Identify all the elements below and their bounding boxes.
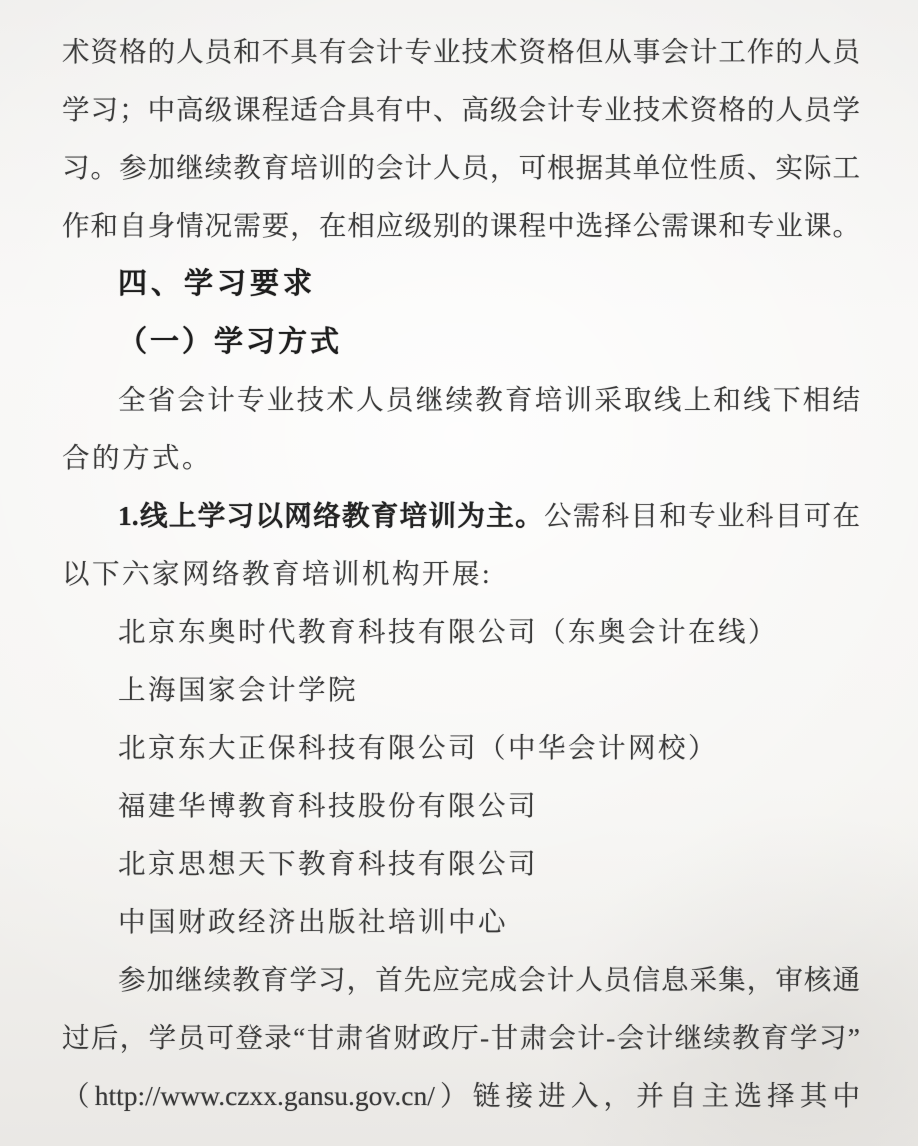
document-page: 术资格的人员和不具有会计专业技术资格但从事会计工作的人员 学习；中高级课程适合具… — [0, 0, 918, 1146]
body-line: 过后，学员可登录“甘肃省财政厅-甘肃会计-会计继续教育学习” — [62, 1009, 860, 1067]
body-text: 公需科目和专业科目可在 — [544, 500, 860, 531]
section-heading: 四、学习要求 — [62, 255, 860, 313]
body-line: 以下六家网络教育培训机构开展: — [62, 545, 860, 603]
org-list-item: 北京东奥时代教育科技有限公司（东奥会计在线） — [62, 603, 860, 661]
body-line: 作和自身情况需要，在相应级别的课程中选择公需课和专业课。 — [62, 197, 860, 255]
subsection-heading: （一）学习方式 — [62, 313, 860, 371]
org-list-item: 北京思想天下教育科技有限公司 — [62, 835, 860, 893]
document-text-block: 术资格的人员和不具有会计专业技术资格但从事会计工作的人员 学习；中高级课程适合具… — [0, 0, 918, 1125]
body-line: 全省会计专业技术人员继续教育培训采取线上和线下相结 — [62, 371, 860, 429]
org-list-item: 上海国家会计学院 — [62, 661, 860, 719]
body-line: 参加继续教育学习，首先应完成会计人员信息采集，审核通 — [62, 951, 860, 1009]
body-line: 术资格的人员和不具有会计专业技术资格但从事会计工作的人员 — [62, 23, 860, 81]
emphasis-text: 1.线上学习以网络教育培训为主。 — [118, 500, 544, 531]
org-list-item: 北京东大正保科技有限公司（中华会计网校） — [62, 719, 860, 777]
org-list-item: 中国财政经济出版社培训中心 — [62, 893, 860, 951]
body-line: 习。参加继续教育培训的会计人员，可根据其单位性质、实际工 — [62, 139, 860, 197]
body-line: 合的方式。 — [62, 429, 860, 487]
body-line: 学习；中高级课程适合具有中、高级会计专业技术资格的人员学 — [62, 81, 860, 139]
body-line: 1.线上学习以网络教育培训为主。公需科目和专业科目可在 — [62, 487, 860, 545]
url-line: （http://www.czxx.gansu.gov.cn/）链接进入，并自主选… — [62, 1067, 860, 1125]
org-list-item: 福建华博教育科技股份有限公司 — [62, 777, 860, 835]
